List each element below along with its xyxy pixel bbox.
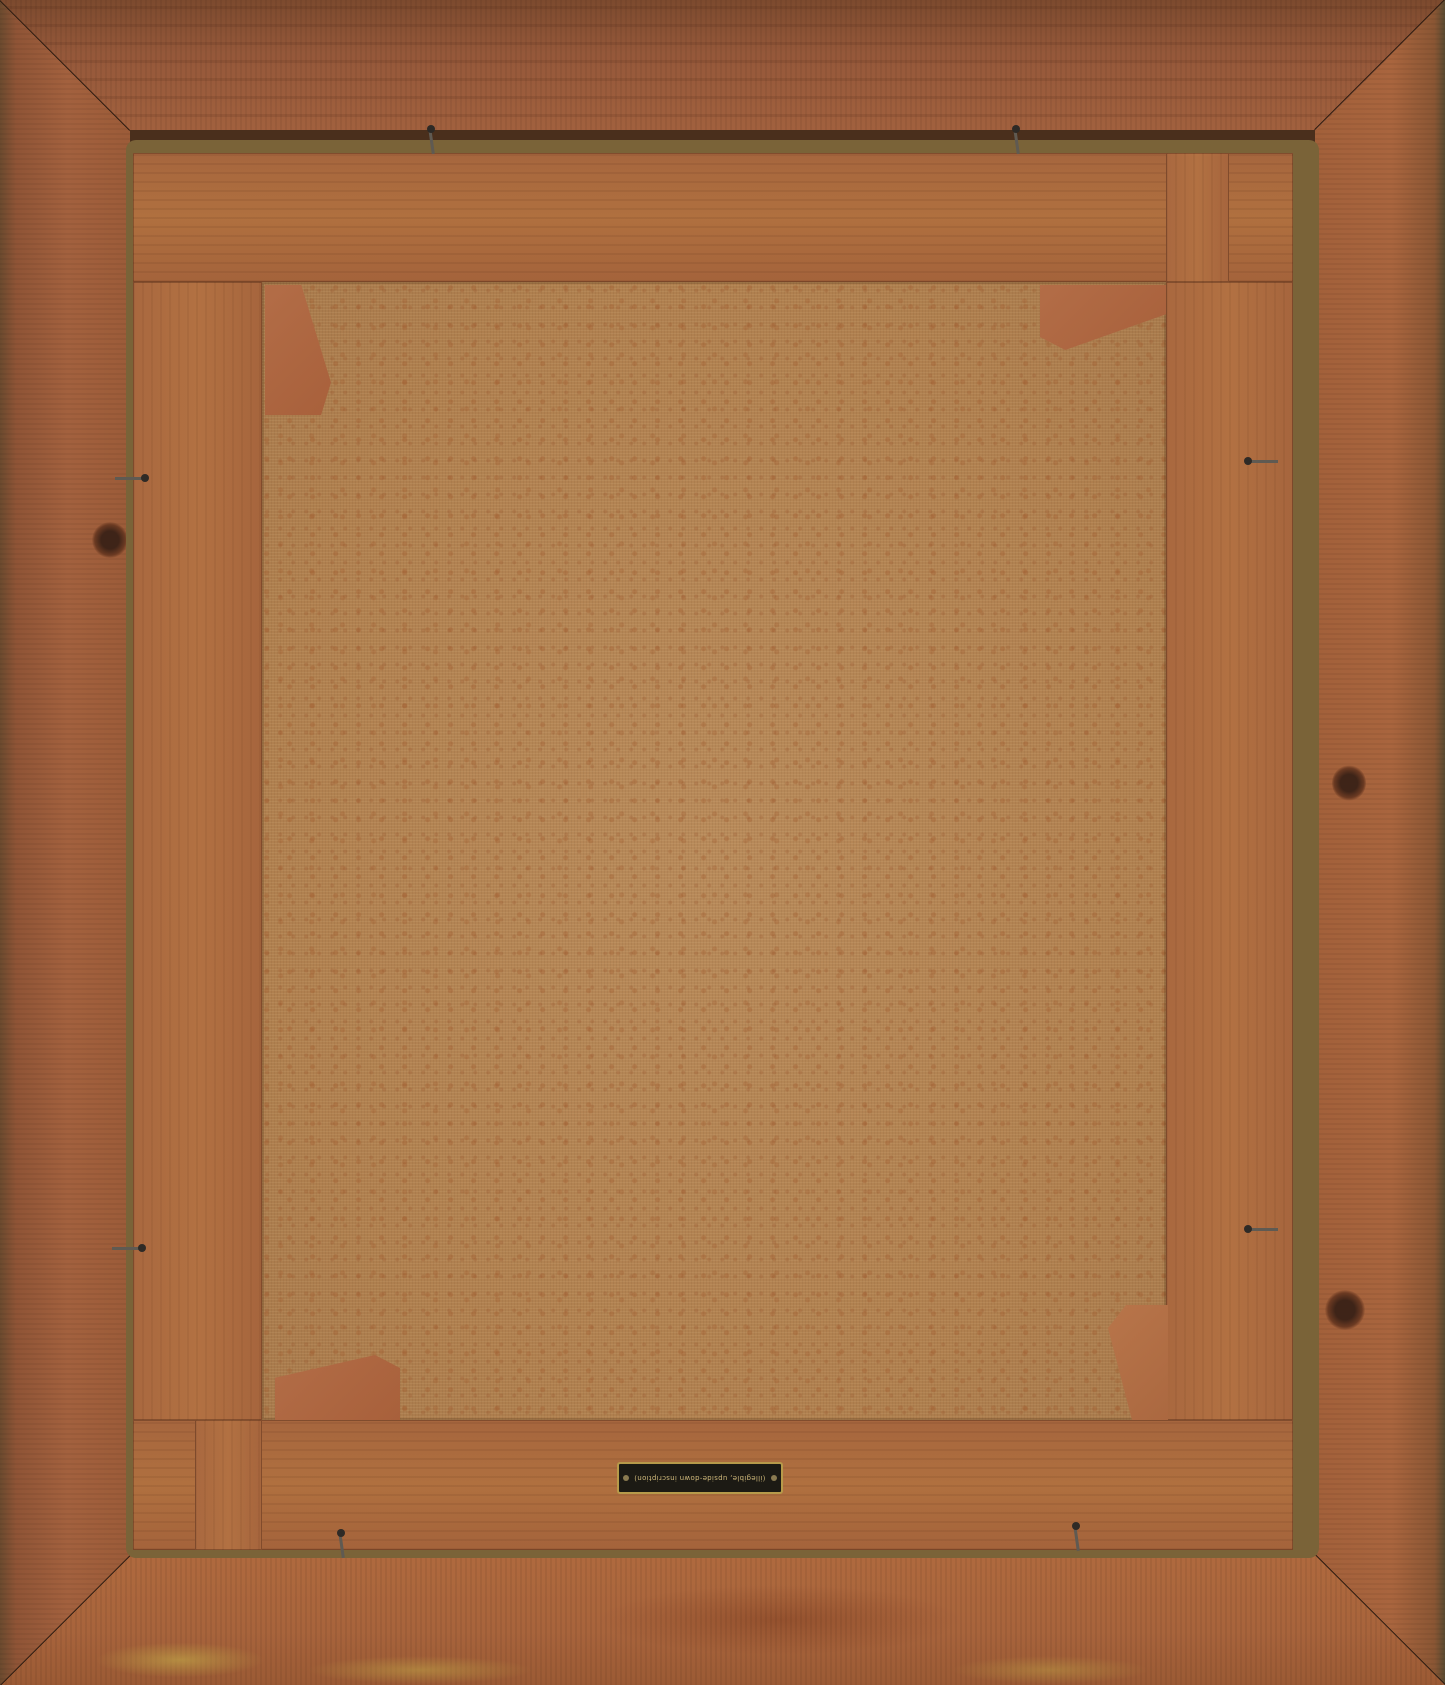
wood-knot [1332, 765, 1366, 801]
frame-rail-right [1312, 0, 1445, 1685]
stretcher-crossbar-bottom-left [195, 1420, 262, 1550]
wood-knot [92, 522, 128, 558]
gilt-residue [0, 1630, 1445, 1685]
picture-frame: (illegible, upside-down inscription) [0, 0, 1445, 1685]
stretcher-crossbar-top-right [1166, 153, 1229, 282]
stretcher-bar-right [1166, 282, 1293, 1420]
stretcher-bar-left [133, 282, 262, 1420]
wood-knot [1325, 1290, 1365, 1330]
name-plaque: (illegible, upside-down inscription) [617, 1462, 783, 1494]
plaque-screw-icon [771, 1475, 777, 1481]
stretcher-bar-top [133, 153, 1293, 282]
frame-rail-top [0, 0, 1445, 135]
plaque-screw-icon [623, 1475, 629, 1481]
frame-rail-left [0, 0, 135, 1685]
plaque-text: (illegible, upside-down inscription) [634, 1474, 765, 1482]
